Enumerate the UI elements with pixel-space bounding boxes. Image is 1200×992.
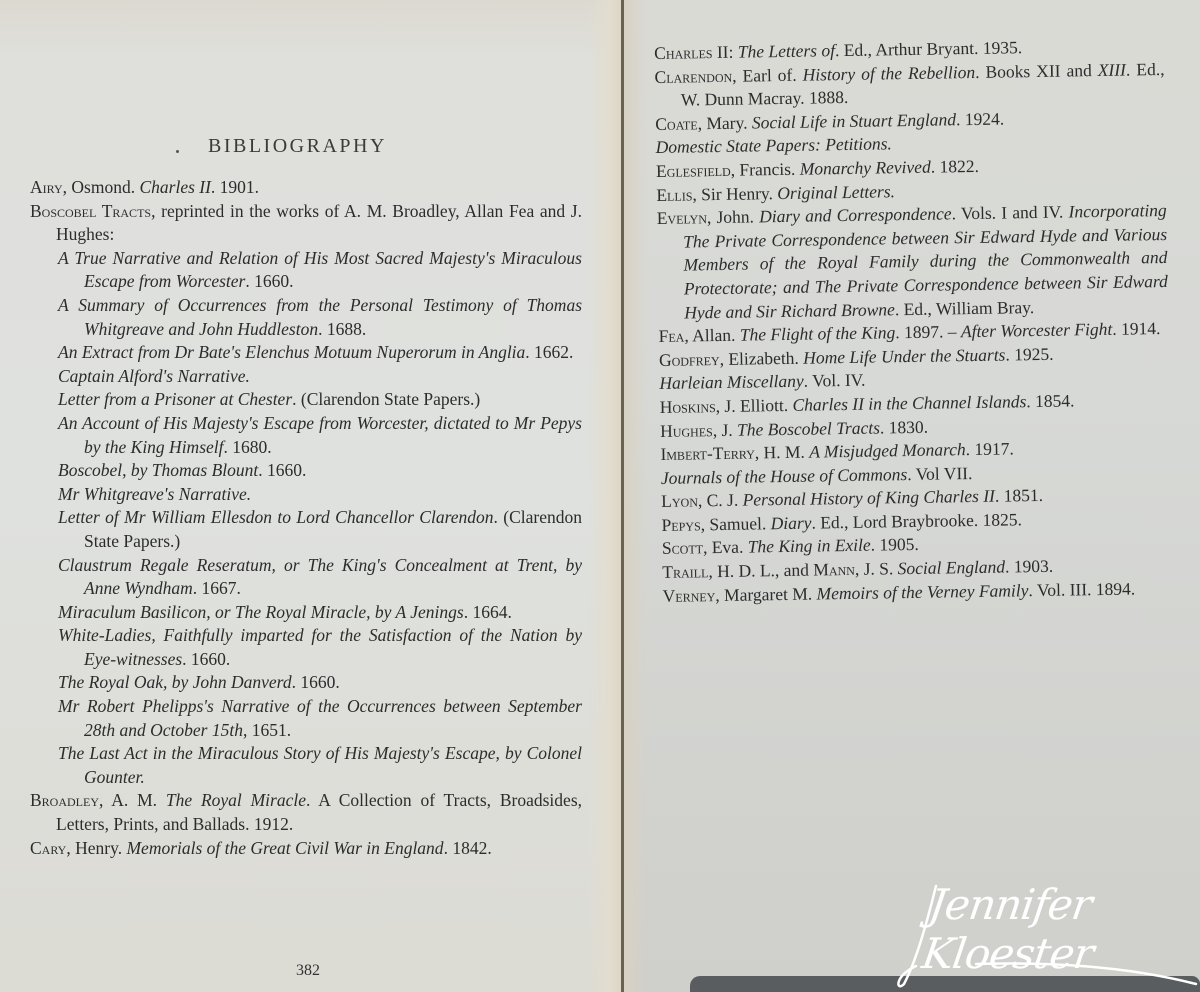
entry-text: , J. Elliott. (716, 395, 793, 416)
work-title: The Royal Oak, by John Danverd (58, 672, 292, 692)
bibliography-entry: An Account of His Majesty's Escape from … (30, 412, 582, 459)
work-title: Charles II (139, 177, 210, 197)
bibliography-entry: The Royal Oak, by John Danverd. 1660. (30, 671, 582, 695)
work-title: The Flight of the King (740, 322, 896, 344)
entry-text: . Ed., Lord Braybrooke. 1825. (811, 509, 1022, 532)
ink-speck (176, 150, 179, 153)
work-title: Diary (770, 512, 811, 533)
bibliography-entry: The Last Act in the Miraculous Story of … (30, 742, 582, 789)
page-number: 382 (296, 962, 320, 980)
work-title: Social Life in Stuart England (752, 109, 956, 132)
entry-text: . 1905. (871, 534, 919, 555)
bibliography-entry: A True Narrative and Relation of His Mos… (30, 247, 582, 294)
entry-text: . 1660. (182, 649, 230, 669)
entry-text: . 1660. (258, 460, 306, 480)
entry-text: . Vols. I and IV. (951, 202, 1068, 224)
bibliography-entry: Captain Alford's Narrative. (30, 365, 582, 389)
work-title: The Royal Miracle (166, 790, 306, 810)
entry-text: . 1842. (444, 838, 492, 858)
work-title: Home Life Under the Stuarts (803, 344, 1006, 367)
work-title: Social England (898, 557, 1006, 579)
bibliography-entry: Cary, Henry. Memorials of the Great Civi… (30, 837, 582, 861)
entry-text: , C. J. (698, 490, 743, 511)
work-title: The Letters of (738, 40, 836, 62)
work-title: Captain Alford's Narrative. (58, 366, 250, 386)
bibliography-entry: Boscobel, by Thomas Blount. 1660. (30, 459, 582, 483)
entry-text: , H. M. (755, 442, 810, 463)
entry-text: , J. S. (855, 558, 898, 579)
bibliography-entry: Letter from a Prisoner at Chester. (Clar… (30, 388, 582, 412)
author-name: Clarendon (654, 65, 732, 86)
entry-text: . Vol. IV. (804, 370, 866, 391)
author-name: Hoskins (660, 396, 716, 417)
entry-text: . 1664. (464, 602, 512, 622)
entry-text: , Samuel. (701, 513, 771, 534)
author-name: Cary (30, 838, 66, 858)
work-title: Harleian Miscellany (659, 371, 804, 393)
author-name: Broadley (30, 790, 99, 810)
entry-text: . Vol VII. (907, 463, 972, 484)
work-title: A True Narrative and Relation of His Mos… (58, 248, 582, 292)
author-name: Pepys (661, 514, 700, 535)
entry-text: . 1688. (318, 319, 366, 339)
entry-text: , John. (707, 207, 760, 228)
signature-text: Jennifer Kloester (919, 880, 1200, 978)
entry-text: , Allan. (684, 325, 740, 346)
work-title: Original Letters. (777, 181, 895, 203)
work-title: The Boscobel Tracts (737, 417, 880, 439)
work-title: Journals of the House of Commons (661, 464, 908, 488)
entry-text: . 1851. (995, 485, 1043, 506)
work-title: Miraculum Basilicon, or The Royal Miracl… (58, 602, 464, 622)
work-title: Monarchy Revived (800, 157, 931, 179)
bibliography-entry: An Extract from Dr Bate's Elenchus Motuu… (30, 341, 582, 365)
entry-text: . 1897. – (895, 321, 961, 342)
work-title: Personal History of King Charles II (742, 486, 995, 510)
author-name: Lyon (661, 491, 698, 512)
work-title: Claustrum Regale Reseratum, or The King'… (58, 555, 582, 599)
author-name: Mann (813, 559, 855, 580)
work-title: Mr Robert Phelipps's Narrative of the Oc… (58, 696, 582, 740)
entry-text: , Eva. (703, 537, 748, 558)
author-name: Ellis (656, 184, 692, 205)
entry-text: , H. D. L., and (708, 560, 813, 582)
bibliography-entry: Letter of Mr William Ellesdon to Lord Ch… (30, 506, 582, 553)
work-title: After Worcester Fight (961, 319, 1113, 341)
work-title: A Misjudged Monarch (809, 439, 966, 461)
author-name: Airy (30, 177, 63, 197)
bibliography-entry: Clarendon, Earl of. History of the Rebel… (654, 58, 1165, 113)
author-name: Traill (662, 561, 708, 582)
author-name: Coate (655, 113, 698, 134)
work-title: An Extract from Dr Bate's Elenchus Motuu… (58, 342, 525, 362)
work-title: Mr Whitgreave's Narrative. (58, 484, 251, 504)
entry-text: . Vol. III. 1894. (1028, 578, 1135, 600)
author-name: Imbert-Terry (660, 443, 755, 464)
entry-text: . 1903. (1005, 556, 1053, 577)
work-title: XIII (1098, 59, 1126, 79)
bibliography-list-left: Airy, Osmond. Charles II. 1901.Boscobel … (30, 176, 582, 860)
entry-text: . 1854. (1026, 390, 1074, 411)
author-name: Evelyn (657, 207, 707, 228)
bibliography-list-right: Charles II: The Letters of. Ed., Arthur … (654, 34, 1173, 608)
bibliography-entry: A Summary of Occurrences from the Person… (30, 294, 582, 341)
entry-text: , A. M. (99, 790, 166, 810)
bibliography-entry: Boscobel Tracts, reprinted in the works … (30, 200, 582, 247)
entry-text: . (Clarendon State Papers.) (292, 389, 480, 409)
work-title: Memorials of the Great Civil War in Engl… (126, 838, 443, 858)
work-title: The King in Exile (748, 535, 871, 557)
entry-text: . 1667. (193, 578, 241, 598)
bibliography-entry: Evelyn, John. Diary and Correspondence. … (657, 199, 1169, 325)
entry-text: . Ed., Arthur Bryant. 1935. (835, 37, 1022, 60)
entry-text: . 1660. (292, 672, 340, 692)
entry-text: , Francis. (731, 159, 800, 180)
work-title: Domestic State Papers: Petitions. (655, 134, 892, 158)
author-name: Godfrey (659, 349, 720, 370)
work-title: An Account of His Majesty's Escape from … (58, 413, 582, 457)
page-heading: BIBLIOGRAPHY (208, 135, 387, 158)
entry-text: . Ed., William Bray. (895, 297, 1035, 319)
work-title: Boscobel, by Thomas Blount (58, 460, 258, 480)
entry-text: , Sir Henry. (692, 183, 777, 204)
work-title: Letter of Mr William Ellesdon to Lord Ch… (58, 507, 494, 527)
entry-text: . 1830. (880, 416, 928, 437)
entry-text: , Earl of. (732, 64, 803, 85)
work-title: Diary and Correspondence (759, 204, 952, 227)
signature-watermark: Jennifer Kloester (896, 866, 1200, 992)
entry-text: II: (712, 42, 738, 62)
work-title: White-Ladies, Faithfully imparted for th… (58, 625, 582, 669)
work-title: Charles II in the Channel Islands (792, 391, 1026, 415)
author-name: Charles (654, 42, 713, 63)
author-name: Verney (663, 585, 716, 606)
left-page: BIBLIOGRAPHY Airy, Osmond. Charles II. 1… (0, 0, 622, 992)
bibliography-entry: Airy, Osmond. Charles II. 1901. (30, 176, 582, 200)
right-page: Charles II: The Letters of. Ed., Arthur … (624, 0, 1200, 992)
work-title: Memoirs of the Verney Family (816, 580, 1028, 603)
entry-text: . 1660. (245, 271, 293, 291)
bibliography-entry: Miraculum Basilicon, or The Royal Miracl… (30, 601, 582, 625)
bibliography-entry: Broadley, A. M. The Royal Miracle. A Col… (30, 789, 582, 836)
author-name: Boscobel Tracts (30, 201, 151, 221)
entry-text: . 1822. (931, 156, 979, 177)
entry-text: , Margaret M. (715, 583, 817, 605)
entry-text: . 1924. (956, 108, 1004, 129)
bibliography-entry: Claustrum Regale Reseratum, or The King'… (30, 554, 582, 601)
entry-text: . 1901. (211, 177, 259, 197)
author-name: Fea (658, 326, 684, 346)
entry-text: . Books XII and (975, 60, 1098, 82)
work-title: Letter from a Prisoner at Chester (58, 389, 292, 409)
entry-text: . 1925. (1005, 343, 1053, 364)
author-name: Hughes (660, 420, 713, 441)
bibliography-entry: Mr Whitgreave's Narrative. (30, 483, 582, 507)
entry-text: . 1662. (525, 342, 573, 362)
entry-text: , Osmond. (63, 177, 140, 197)
work-title: History of the Rebellion (802, 62, 975, 85)
author-name: Eglesfield (656, 160, 731, 181)
entry-text: , Henry. (66, 838, 126, 858)
bibliography-entry: White-Ladies, Faithfully imparted for th… (30, 624, 582, 671)
entry-text: , Elizabeth. (719, 347, 803, 368)
entry-text: , J. (713, 419, 738, 439)
entry-text: . 1680. (224, 437, 272, 457)
entry-text: . 1917. (966, 438, 1014, 459)
entry-text: , 1651. (243, 720, 291, 740)
work-title: The Last Act in the Miraculous Story of … (58, 743, 582, 787)
author-name: Scott (662, 538, 703, 559)
entry-text: . 1914. (1112, 318, 1160, 339)
bibliography-entry: Mr Robert Phelipps's Narrative of the Oc… (30, 695, 582, 742)
entry-text: , Mary. (697, 112, 752, 133)
